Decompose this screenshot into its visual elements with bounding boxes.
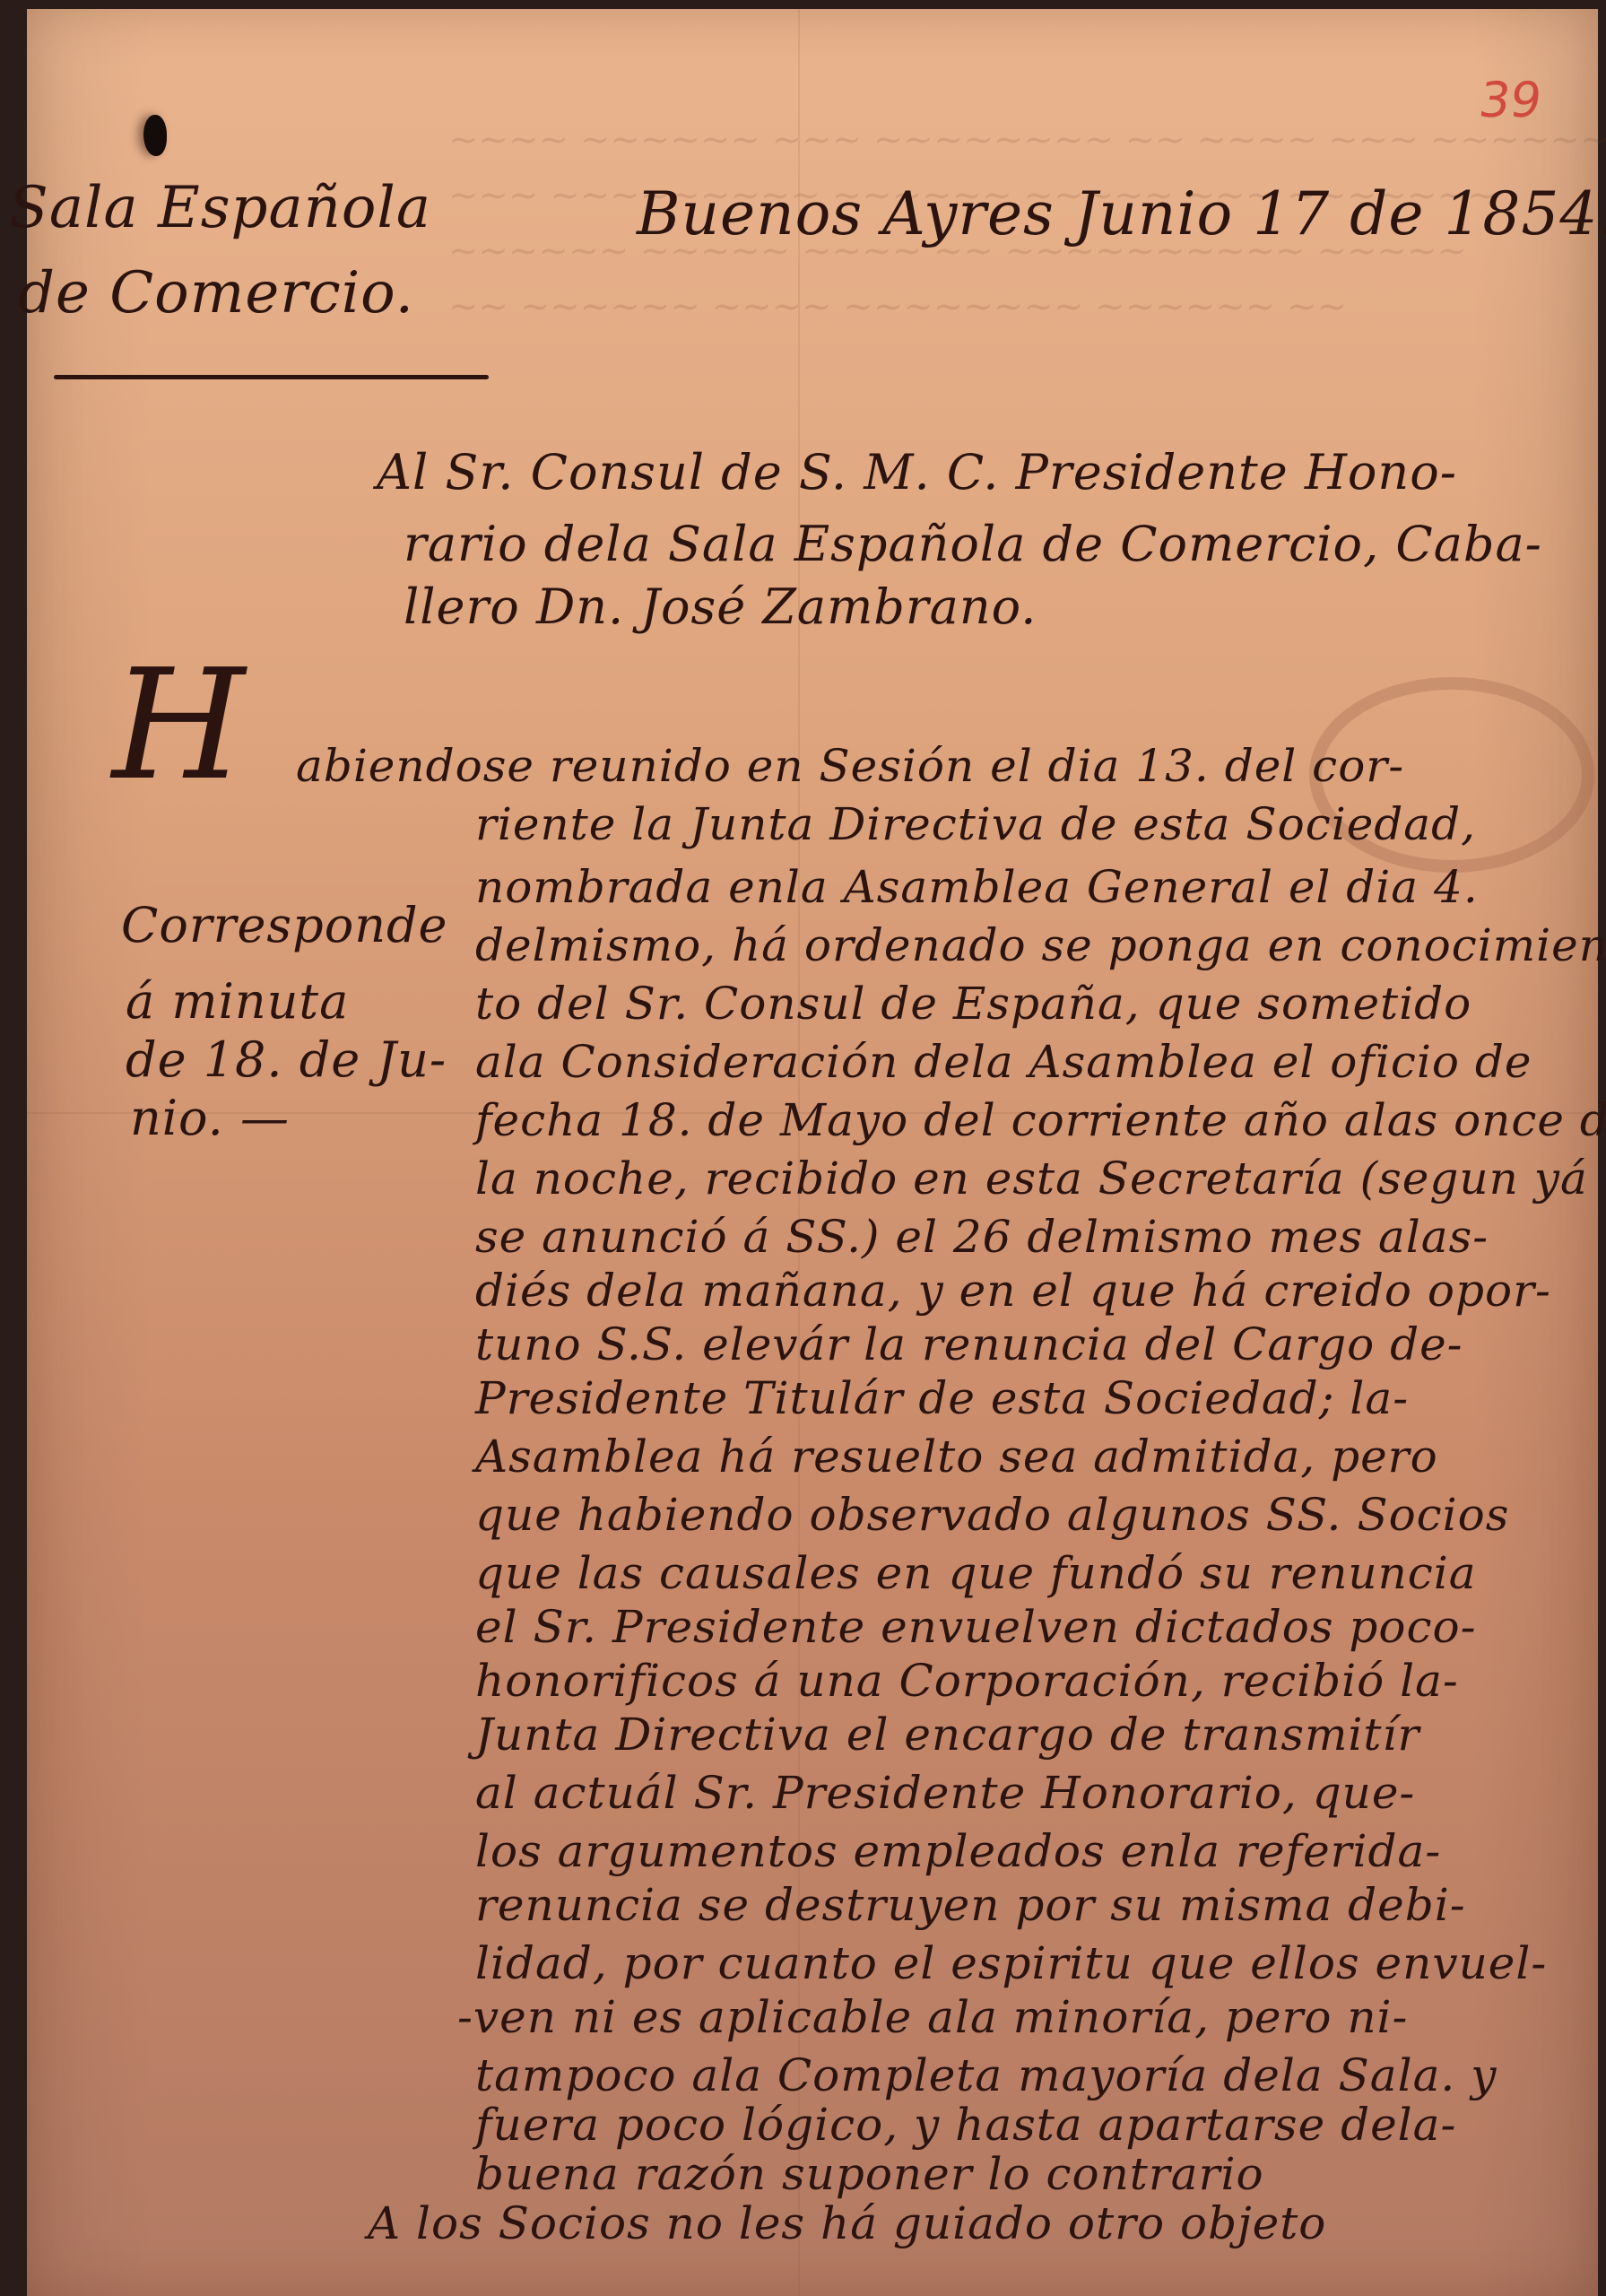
- body-line: -ven ni es aplicable ala minoría, pero n…: [457, 1991, 1408, 2043]
- body-line: la noche, recibido en esta Secretaría (s…: [475, 1152, 1588, 1205]
- place-date: Buenos Ayres Junio 17 de 1854.: [637, 179, 1606, 248]
- body-line: A los Socios no les há guiado otro objet…: [368, 2197, 1326, 2249]
- body-line: abiendose reunido en Sesión el dia 13. d…: [296, 740, 1404, 792]
- scan-background: 39 ~~~~ ~~~~~~ ~~~ ~~~~~~~~ ~~ ~~~~ ~~~ …: [0, 0, 1606, 2296]
- letterhead-line-2: de Comercio.: [18, 260, 414, 326]
- body-line: fuera poco lógico, y hasta apartarse del…: [475, 2099, 1456, 2151]
- addressee-line-3: llero Dn. José Zambrano.: [404, 578, 1037, 635]
- body-line: ala Consideración dela Asamblea el ofici…: [475, 1036, 1532, 1088]
- paper-hole: [143, 115, 167, 156]
- body-line: honorificos á una Corporación, recibió l…: [475, 1655, 1459, 1707]
- body-line: Junta Directiva el encargo de transmitír: [475, 1709, 1419, 1761]
- body-line: se anunció á SS.) el 26 delmismo mes ala…: [475, 1211, 1489, 1263]
- letterhead-rule: [54, 375, 489, 379]
- body-line: que las causales en que fundó su renunci…: [475, 1547, 1477, 1599]
- bleed-through-text: ~~~~ ~~~~~~ ~~~ ~~~~~~~~ ~~ ~~~~ ~~~ ~~~…: [448, 112, 1606, 168]
- addressee-line-2: rario dela Sala Española de Comercio, Ca…: [404, 516, 1542, 572]
- body-line: fecha 18. de Mayo del corriente año alas…: [475, 1094, 1606, 1146]
- manuscript-page: 39 ~~~~ ~~~~~~ ~~~ ~~~~~~~~ ~~ ~~~~ ~~~ …: [27, 9, 1598, 2296]
- margin-note-line-3: de 18. de Ju-: [126, 1031, 447, 1088]
- addressee-line-1: Al Sr. Consul de S. M. C. Presidente Hon…: [377, 444, 1457, 500]
- body-line: que habiendo observado algunos SS. Socio…: [475, 1489, 1509, 1541]
- body-line: lidad, por cuanto el espiritu que ellos …: [475, 1937, 1547, 1989]
- body-line: renuncia se destruyen por su misma debi-: [475, 1879, 1466, 1931]
- body-line: Asamblea há resuelto sea admitida, pero: [475, 1431, 1438, 1483]
- body-line: tampoco ala Completa mayoría dela Sala. …: [475, 2049, 1497, 2101]
- body-line: nombrada enla Asamblea General el dia 4.: [475, 861, 1479, 913]
- body-line: diés dela mañana, y en el que há creido …: [475, 1265, 1551, 1317]
- decorative-initial: H: [112, 637, 245, 814]
- bleed-through-text: ~~ ~~~~~~ ~~~~ ~~~~~~~~ ~~~~~~ ~~: [448, 279, 1347, 335]
- body-line: buena razón suponer lo contrario: [475, 2148, 1264, 2200]
- body-line: al actuál Sr. Presidente Honorario, que-: [475, 1767, 1415, 1819]
- body-line: tuno S.S. elevár la renuncia del Cargo d…: [475, 1318, 1463, 1370]
- letterhead-line-1: Sala Española: [9, 175, 431, 241]
- body-line: Presidente Titulár de esta Sociedad; la-: [475, 1372, 1409, 1424]
- body-line: riente la Junta Directiva de esta Socied…: [475, 798, 1476, 850]
- margin-note-line-4: nio. —: [130, 1090, 290, 1146]
- margin-note-line-2: á minuta: [126, 973, 349, 1030]
- body-line: el Sr. Presidente envuelven dictados poc…: [475, 1601, 1477, 1653]
- margin-note-line-1: Corresponde: [121, 897, 448, 953]
- body-line: los argumentos empleados enla referida-: [475, 1825, 1441, 1877]
- body-line: to del Sr. Consul de España, que sometid…: [475, 978, 1471, 1030]
- body-line: delmismo, há ordenado se ponga en conoci…: [475, 919, 1606, 971]
